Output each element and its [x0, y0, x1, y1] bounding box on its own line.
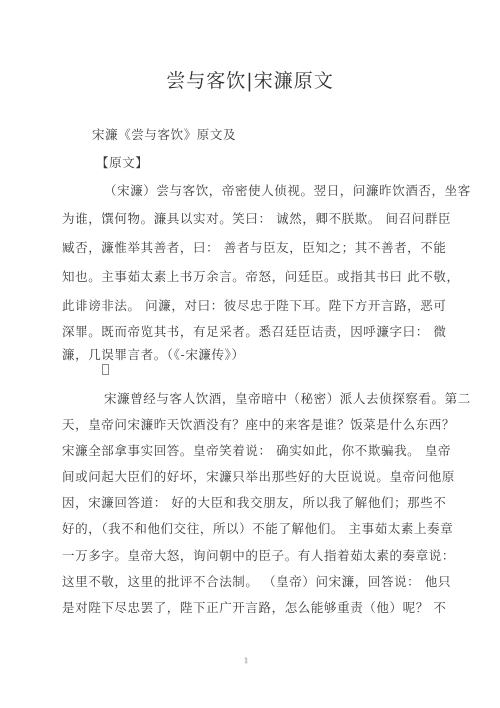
translation-line: 天，皇帝问宋濂昨天饮酒没有？座中的来客是谁？饭菜是什么东西？: [62, 418, 455, 432]
original-text-line: 臧否，濂惟举其善者，曰： 善者与臣友，臣知之；其不善者，不能: [62, 241, 446, 255]
original-text-line: 深罪。既而帝览其书，有足采者。悉召廷臣诘责，因呼濂字曰： 微: [62, 325, 446, 339]
placeholder-glyph-icon: [102, 364, 109, 375]
original-text-line: 知也。主事茹太素上书万余言。帝怒，问廷臣。或指其书曰 此不敬，: [62, 270, 460, 284]
translation-line: 宋濂全部拿事实回答。皇帝笑着说： 确实如此，你不欺骗我。 皇帝: [62, 444, 451, 458]
document-page: 尝与客饮|宋濂原文 宋濂《尝与客饮》原文及 【原文】 （宋濂）尝与客饮，帝密使人…: [0, 0, 500, 708]
subheading: 宋濂《尝与客饮》原文及: [92, 128, 236, 142]
translation-line: 是对陛下尽忠罢了，陛下正广开言路，怎么能够重责（他）呢？ 不: [62, 601, 446, 615]
section-label-original: 【原文】: [96, 156, 148, 170]
translation-line: 这里不敬，这里的批评不合法制。 （皇帝）问宋濂，回答说： 他只: [62, 575, 451, 589]
original-text-line: （宋濂）尝与客饮，帝密使人侦视。翌日，问濂昨饮酒否，坐客: [104, 184, 471, 198]
original-text-line: 此诽谤非法。 问濂，对曰：彼尽忠于陛下耳。陛下方开言路，恶可: [62, 299, 446, 313]
original-text-line: 为谁，馔何物。濂具以实对。笑曰： 诚然，卿不朕欺。 间召问群臣: [62, 212, 451, 226]
translation-line: 好的，（我不和他们交往，所以）不能了解他们。 主事茹太素上奏章: [62, 522, 453, 536]
translation-line: 一万多字。皇帝大怒，询问朝中的臣子。有人指着茹太素的奏章说：: [62, 549, 455, 563]
translation-line: 因，宋濂回答道： 好的大臣和我交朋友，所以我了解他们；那些不: [62, 496, 446, 510]
translation-line: 间或问起大臣们的好坏，宋濂只举出那些好的大臣说说。皇帝问他原: [62, 470, 455, 484]
translation-line: 宋濂曾经与客人饮酒，皇帝暗中（秘密）派人去侦探察看。第二: [104, 392, 471, 406]
page-title: 尝与客饮|宋濂原文: [0, 66, 500, 93]
page-number: 1: [244, 657, 248, 665]
original-text-line: 濂，几误罪言者。（《-宋濂传》）: [62, 348, 245, 362]
